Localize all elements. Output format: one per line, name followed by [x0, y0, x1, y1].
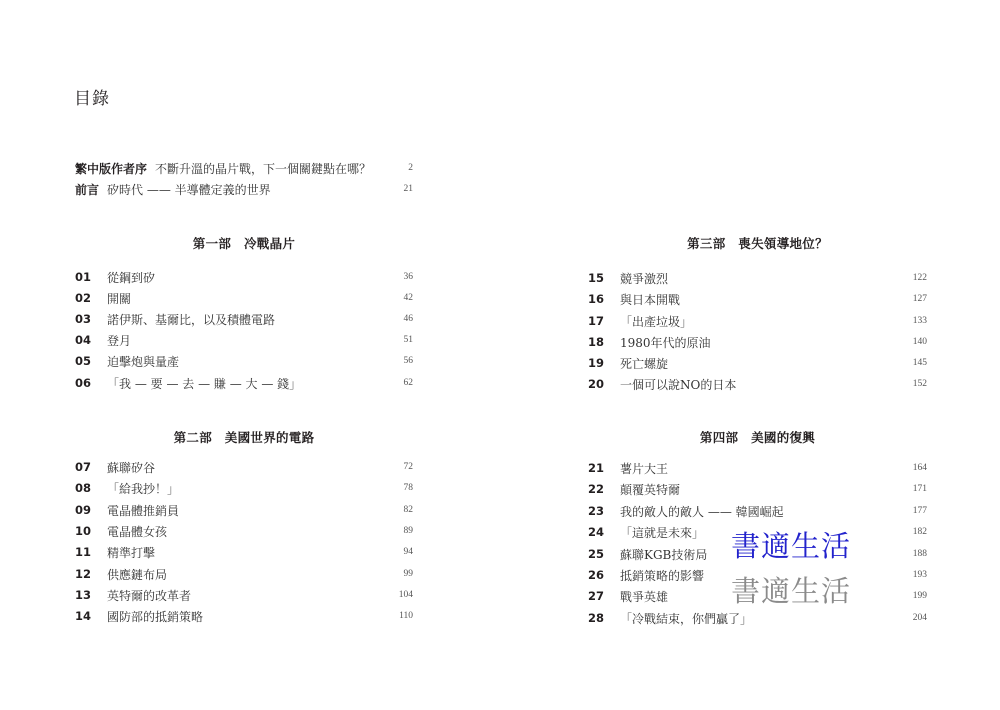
preface-entry-introduction[interactable]: 前言 矽時代 —— 半導體定義的世界 21	[75, 179, 413, 199]
chapter-title: 與日本開戰	[620, 291, 887, 308]
chapter-row[interactable]: 02 開關 42	[75, 288, 413, 308]
chapter-title: 國防部的抵銷策略	[107, 608, 373, 625]
page-number: 127	[887, 294, 927, 304]
chapter-number: 04	[75, 333, 107, 347]
page-number: 122	[887, 273, 927, 283]
chapter-row[interactable]: 03 諾伊斯、基爾比，以及積體電路 46	[75, 309, 413, 329]
chapter-number: 02	[75, 291, 107, 305]
chapter-row[interactable]: 20 一個可以說NO的日本 152	[588, 374, 927, 394]
chapter-number: 13	[75, 588, 107, 602]
chapter-number: 16	[588, 292, 620, 306]
chapter-number: 23	[588, 504, 620, 518]
chapter-number: 09	[75, 503, 107, 517]
chapter-row[interactable]: 22 顛覆英特爾 171	[588, 479, 927, 499]
part-heading-4: 第四部 美國的復興	[588, 428, 927, 446]
preface-title: 不斷升溫的晶片戰，下一個關鍵點在哪？	[155, 160, 408, 177]
chapter-title: 諾伊斯、基爾比，以及積體電路	[107, 311, 373, 328]
preface-title: 矽時代 —— 半導體定義的世界	[107, 181, 403, 198]
chapter-title: 精準打擊	[107, 544, 373, 561]
chapter-number: 27	[588, 589, 620, 603]
page-number: 94	[373, 547, 413, 557]
chapter-row[interactable]: 15 競爭激烈 122	[588, 268, 927, 288]
chapter-row[interactable]: 09 電晶體推銷員 82	[75, 500, 413, 520]
chapter-row[interactable]: 12 供應鏈布局 99	[75, 564, 413, 584]
watermark-blue: 書適生活	[731, 532, 851, 561]
page-number: 152	[887, 379, 927, 389]
preface-entry-author-foreword[interactable]: 繁中版作者序 不斷升溫的晶片戰，下一個關鍵點在哪？ 2	[75, 158, 413, 178]
watermark-gray: 書適生活	[731, 577, 851, 606]
chapter-row[interactable]: 28 「冷戰結束，你們贏了」 204	[588, 608, 927, 628]
chapter-title: 供應鏈布局	[107, 566, 373, 583]
chapter-number: 01	[75, 270, 107, 284]
page-number: 78	[373, 483, 413, 493]
page-number: 182	[887, 527, 927, 537]
chapter-title: 「我 — 要 — 去 — 賺 — 大 — 錢」	[107, 375, 373, 392]
chapter-number: 18	[588, 335, 620, 349]
chapter-number: 15	[588, 271, 620, 285]
page-number: 204	[887, 613, 927, 623]
part-heading-3: 第三部 喪失領導地位？	[588, 234, 927, 252]
chapter-number: 06	[75, 376, 107, 390]
page-number: 164	[887, 463, 927, 473]
page-number: 56	[373, 356, 413, 366]
chapter-number: 12	[75, 567, 107, 581]
chapter-title: 開關	[107, 290, 373, 307]
chapter-row[interactable]: 21 薯片大王 164	[588, 458, 927, 478]
chapter-number: 07	[75, 460, 107, 474]
page-number: 46	[373, 314, 413, 324]
chapter-row[interactable]: 11 精準打擊 94	[75, 542, 413, 562]
page-title: 目錄	[74, 84, 110, 109]
chapter-title: 蘇聯矽谷	[107, 459, 373, 476]
chapter-row[interactable]: 01 從鋼到矽 36	[75, 267, 413, 287]
chapter-number: 03	[75, 312, 107, 326]
page-number: 199	[887, 591, 927, 601]
chapter-number: 24	[588, 525, 620, 539]
chapter-row[interactable]: 18 1980年代的原油 140	[588, 332, 927, 352]
chapter-number: 20	[588, 377, 620, 391]
chapter-title: 死亡螺旋	[620, 355, 887, 372]
chapter-title: 「給我抄！」	[107, 480, 373, 497]
chapter-row[interactable]: 13 英特爾的改革者 104	[75, 585, 413, 605]
preface-label: 繁中版作者序	[75, 160, 147, 177]
chapter-number: 28	[588, 611, 620, 625]
chapter-title: 「出產垃圾」	[620, 313, 887, 330]
page-number: 42	[373, 293, 413, 303]
page-number: 89	[373, 526, 413, 536]
chapter-title: 競爭激烈	[620, 270, 887, 287]
chapter-number: 21	[588, 461, 620, 475]
chapter-row[interactable]: 10 電晶體女孩 89	[75, 521, 413, 541]
page-number: 140	[887, 337, 927, 347]
page-number: 99	[373, 569, 413, 579]
page-number: 82	[373, 505, 413, 515]
page-number: 72	[373, 462, 413, 472]
chapter-title: 顛覆英特爾	[620, 481, 887, 498]
page-number: 171	[887, 484, 927, 494]
page-number: 51	[373, 335, 413, 345]
chapter-row[interactable]: 23 我的敵人的敵人 —— 韓國崛起 177	[588, 501, 927, 521]
chapter-number: 14	[75, 609, 107, 623]
page-number: 110	[373, 611, 413, 621]
page-number: 188	[887, 549, 927, 559]
chapter-title: 電晶體推銷員	[107, 502, 373, 519]
chapter-number: 25	[588, 547, 620, 561]
chapter-number: 08	[75, 481, 107, 495]
page-number: 2	[408, 163, 413, 173]
chapter-title: 迫擊炮與量產	[107, 353, 373, 370]
page-number: 133	[887, 316, 927, 326]
page-number: 62	[373, 378, 413, 388]
chapter-row[interactable]: 08 「給我抄！」 78	[75, 478, 413, 498]
part-heading-2: 第二部 美國世界的電路	[75, 428, 413, 446]
page-number: 177	[887, 506, 927, 516]
chapter-number: 26	[588, 568, 620, 582]
chapter-row[interactable]: 06 「我 — 要 — 去 — 賺 — 大 — 錢」 62	[75, 373, 413, 393]
chapter-title: 登月	[107, 332, 373, 349]
chapter-row[interactable]: 14 國防部的抵銷策略 110	[75, 606, 413, 626]
chapter-title: 薯片大王	[620, 460, 887, 477]
chapter-row[interactable]: 04 登月 51	[75, 330, 413, 350]
chapter-number: 22	[588, 482, 620, 496]
preface-label: 前言	[75, 181, 99, 198]
page-number: 36	[373, 272, 413, 282]
page-number: 104	[373, 590, 413, 600]
part-heading-1: 第一部 冷戰晶片	[75, 234, 413, 252]
chapter-row[interactable]: 07 蘇聯矽谷 72	[75, 457, 413, 477]
page-number: 145	[887, 358, 927, 368]
page-number: 21	[404, 184, 414, 194]
chapter-number: 17	[588, 314, 620, 328]
chapter-title: 一個可以說NO的日本	[620, 376, 887, 393]
chapter-number: 11	[75, 545, 107, 559]
chapter-title: 「冷戰結束，你們贏了」	[620, 610, 887, 627]
chapter-row[interactable]: 16 與日本開戰 127	[588, 289, 927, 309]
chapter-number: 05	[75, 354, 107, 368]
chapter-title: 1980年代的原油	[620, 334, 887, 351]
page-number: 193	[887, 570, 927, 580]
chapter-title: 英特爾的改革者	[107, 587, 373, 604]
chapter-number: 19	[588, 356, 620, 370]
chapter-row[interactable]: 05 迫擊炮與量產 56	[75, 351, 413, 371]
chapter-title: 我的敵人的敵人 —— 韓國崛起	[620, 503, 887, 520]
chapter-row[interactable]: 19 死亡螺旋 145	[588, 353, 927, 373]
chapter-title: 從鋼到矽	[107, 269, 373, 286]
chapter-number: 10	[75, 524, 107, 538]
chapter-title: 電晶體女孩	[107, 523, 373, 540]
chapter-row[interactable]: 17 「出產垃圾」 133	[588, 311, 927, 331]
